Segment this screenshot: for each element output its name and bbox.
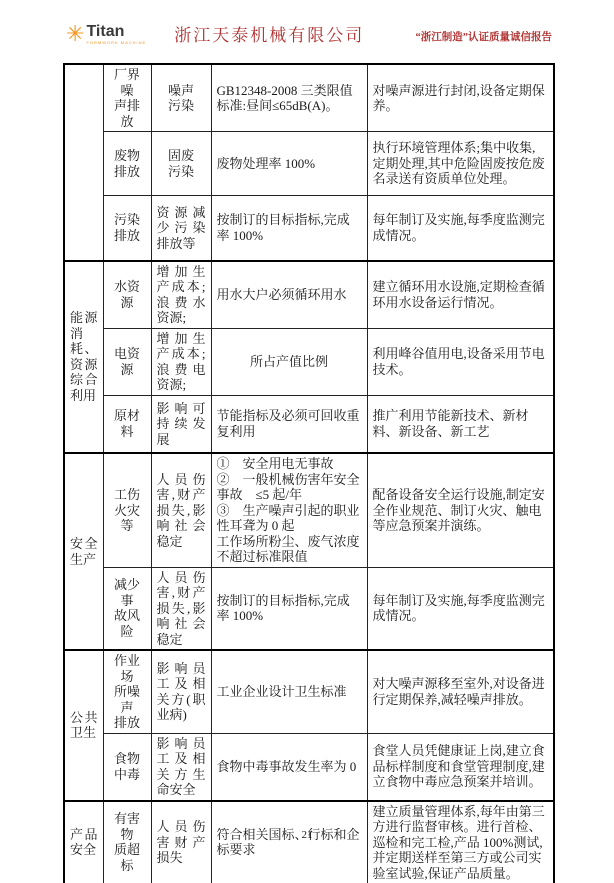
measures-cell: 建立循环用水设施,定期检查循环用水设备运行情况。 (367, 261, 554, 329)
impact-cell: 人员伤害,财产损失,影响社会稳定 (151, 453, 211, 567)
table-row: 公共卫生作业场 所噪声 排放影响员工及相关方(职业病)工业企业设计卫生标准对大噪… (64, 650, 554, 733)
impact-cell: 噪声 污染 (151, 64, 211, 132)
impact-cell: 人员伤害财产损失 (151, 801, 211, 883)
criteria-cell: 所占产值比例 (211, 328, 367, 395)
criteria-cell: ① 安全用电无事故 ② 一般机械伤害年安全事故 ≤5 起/年 ③ 生产噪声引起的… (211, 453, 367, 567)
impact-cell: 影响可持续发展 (151, 395, 211, 453)
criteria-cell: 废物处理率 100% (211, 132, 367, 196)
main-table: 厂界噪 声排放噪声 污染GB12348-2008 三类限值标准:昼间≤65dB(… (63, 63, 555, 883)
table-row: 安全生产工伤 火灾等人员伤害,财产损失,影响社会稳定① 安全用电无事故 ② 一般… (64, 453, 554, 567)
document-page: ✳ Titan FORMWORK MACHINE 浙江天泰机械有限公司 “浙江制… (0, 0, 614, 883)
section-label-cell: 公共卫生 (64, 650, 103, 801)
criteria-cell: 节能指标及必须可回收重复利用 (211, 395, 367, 453)
item-cell: 食物 中毒 (103, 733, 151, 801)
measures-cell: 食堂人员凭健康证上岗,建立食品标样制度和食堂管理制度,建立食物中毒应急预案并培训… (367, 733, 554, 801)
item-cell: 水资源 (103, 261, 151, 329)
item-cell: 减少事 故风险 (103, 567, 151, 650)
report-title: “浙江制造”认证质量诚信报告 (416, 31, 553, 46)
gear-icon: ✳ (66, 24, 84, 46)
impact-cell: 增加生产成本;浪费水资源; (151, 261, 211, 329)
logo-tagline: FORMWORK MACHINE (86, 40, 146, 45)
impact-cell: 影响员工及相关方(职业病) (151, 650, 211, 733)
impact-cell: 影响员工及相关方生命安全 (151, 733, 211, 801)
measures-cell: 建立质量管理体系,每年由第三方进行监督审核。进行首检、巡检和完工检,产品 100… (367, 801, 554, 883)
company-logo: ✳ Titan FORMWORK MACHINE (66, 24, 146, 46)
measures-cell: 推广利用节能新技术、新材料、新设备、新工艺 (367, 395, 554, 453)
criteria-cell: GB12348-2008 三类限值标准:昼间≤65dB(A)。 (211, 64, 367, 132)
measures-cell: 执行环境管理体系;集中收集,定期处理,其中危险固废按危废名录送有资质单位处理。 (367, 132, 554, 196)
table-row: 废物 排放固废 污染废物处理率 100%执行环境管理体系;集中收集,定期处理,其… (64, 132, 554, 196)
measures-cell: 对大噪声源移至室外,对设备进行定期保养,减轻噪声排放。 (367, 650, 554, 733)
measures-cell: 对噪声源进行封闭,设备定期保养。 (367, 64, 554, 132)
criteria-cell: 用水大户必须循环用水 (211, 261, 367, 329)
item-cell: 污染 排放 (103, 196, 151, 261)
logo-brand: Titan (86, 24, 146, 40)
item-cell: 作业场 所噪声 排放 (103, 650, 151, 733)
table-row: 减少事 故风险人员伤害,财产损失,影响社会稳定按制订的目标指标,完成率 100%… (64, 567, 554, 650)
company-name: 浙江天泰机械有限公司 (174, 26, 364, 46)
table-row: 食物 中毒影响员工及相关方生命安全食物中毒事故发生率为 0食堂人员凭健康证上岗,… (64, 733, 554, 801)
impact-cell: 增加生产成本;浪费电资源; (151, 328, 211, 395)
impact-cell: 固废 污染 (151, 132, 211, 196)
impact-cell: 资源减少污染排放等 (151, 196, 211, 261)
table-row: 产品安全有害物 质超标人员伤害财产损失符合相关国标、行标和企标要求建立质量管理体… (64, 801, 554, 883)
section-label-cell: 产品安全 (64, 801, 103, 883)
measures-cell: 每年制订及实施,每季度监测完成情况。 (367, 196, 554, 261)
item-cell: 原材料 (103, 395, 151, 453)
table-row: 厂界噪 声排放噪声 污染GB12348-2008 三类限值标准:昼间≤65dB(… (64, 64, 554, 132)
item-cell: 废物 排放 (103, 132, 151, 196)
table-row: 原材料影响可持续发展节能指标及必须可回收重复利用推广利用节能新技术、新材料、新设… (64, 395, 554, 453)
header: ✳ Titan FORMWORK MACHINE 浙江天泰机械有限公司 “浙江制… (66, 24, 552, 46)
table-row: 污染 排放资源减少污染排放等按制订的目标指标,完成率 100%每年制订及实施,每… (64, 196, 554, 261)
page-number: 21 (0, 829, 614, 841)
table-body: 厂界噪 声排放噪声 污染GB12348-2008 三类限值标准:昼间≤65dB(… (64, 64, 554, 883)
criteria-cell: 食物中毒事故发生率为 0 (211, 733, 367, 801)
item-cell: 厂界噪 声排放 (103, 64, 151, 132)
criteria-cell: 按制订的目标指标,完成率 100% (211, 196, 367, 261)
criteria-cell: 按制订的目标指标,完成率 100% (211, 567, 367, 650)
criteria-cell: 符合相关国标、行标和企标要求 (211, 801, 367, 883)
item-cell: 工伤 火灾等 (103, 453, 151, 567)
measures-cell: 利用峰谷值用电,设备采用节电技术。 (367, 328, 554, 395)
item-cell: 有害物 质超标 (103, 801, 151, 883)
logo-text: Titan FORMWORK MACHINE (86, 24, 146, 45)
impact-cell: 人员伤害,财产损失,影响社会稳定 (151, 567, 211, 650)
table-row: 电资源增加生产成本;浪费电资源;所占产值比例利用峰谷值用电,设备采用节电技术。 (64, 328, 554, 395)
measures-cell: 每年制订及实施,每季度监测完成情况。 (367, 567, 554, 650)
table-row: 能源消耗、资源综合利用水资源增加生产成本;浪费水资源;用水大户必须循环用水建立循… (64, 261, 554, 329)
section-label-cell (64, 64, 103, 261)
criteria-cell: 工业企业设计卫生标准 (211, 650, 367, 733)
section-label-cell: 能源消耗、资源综合利用 (64, 261, 103, 454)
measures-cell: 配备设备安全运行设施,制定安全作业规范、制订火灾、触电等应急预案并演练。 (367, 453, 554, 567)
section-label-cell: 安全生产 (64, 453, 103, 650)
item-cell: 电资源 (103, 328, 151, 395)
